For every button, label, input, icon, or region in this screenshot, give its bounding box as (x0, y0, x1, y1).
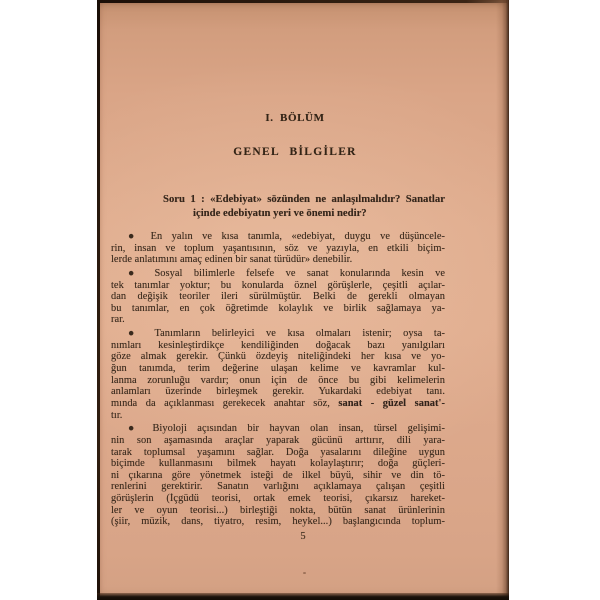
body-line: nımları kesinleştirdikçe kendiliğinden d… (111, 340, 445, 352)
book-page-scan: I. BÖLÜM GENEL BİLGİLER Soru 1 : «Edebiy… (97, 0, 509, 600)
body-line: anlamları üzerinde birleşmek gerekir. Yu… (111, 386, 445, 398)
question-line-1: Soru 1 : «Edebiyat» sözünden ne anlaşılm… (163, 192, 445, 206)
body-line: ● Tanımların belirleyici ve kısa olmalar… (111, 328, 445, 340)
body-line-with-bold: mında da açıklanması gerekecek anahtar s… (111, 398, 445, 410)
chapter-title: I. BÖLÜM (128, 112, 462, 124)
body-line: (şiir, müzik, dans, tiyatro, resim, heyk… (111, 516, 445, 528)
body-line: nin son aşamasında araçlar yaparak gücün… (111, 435, 445, 447)
answer-paragraph-4: ● Biyoloji açısından bir hayvan olan ins… (111, 423, 445, 528)
body-line: ● Biyoloji açısından bir hayvan olan ins… (111, 423, 445, 435)
body-line: ● Sosyal bilimlerle felsefe ve sanat kon… (111, 268, 445, 280)
body-line: lerde anlatımını amaç edinen bir sanat t… (111, 254, 445, 266)
body-line: ğun tanımda, terim değerine ulaşan kelim… (111, 363, 445, 375)
question-line-2: içinde edebiyatın yeri ve önemi nedir? (193, 206, 445, 220)
body-line-normal-segment: mında da açıklanması gerekecek anahtar s… (111, 398, 338, 409)
body-line: renlerini gerektirir. Sanatın varlığını … (111, 481, 445, 493)
body-line: ler ve oyun teorisi...) birleştiği nokta… (111, 505, 445, 517)
page-number: 5 (136, 531, 470, 542)
body-line: ● En yalın ve kısa tanımla, «edebiyat, d… (111, 231, 445, 243)
page-edge-right-shadow (496, 0, 509, 600)
body-line: tarak toplumsal yaşamını sağlar. Doğa ya… (111, 447, 445, 459)
body-line: biçimde kullanmasını bilmek hayatı kolay… (111, 458, 445, 470)
body-line: bu tanımlar, en çok öğretimde kolaylık v… (111, 303, 445, 315)
answer-text: ● En yalın ve kısa tanımla, «edebiyat, d… (111, 231, 445, 528)
body-line: rin, insan ve toplum yaşantısının, söz v… (111, 243, 445, 255)
body-line: ni çıkarına göre yönetmek isteği de ilke… (111, 470, 445, 482)
section-title: GENEL BİLGİLER (128, 146, 462, 158)
body-line: rar. (111, 314, 445, 326)
answer-paragraph-3: ● Tanımların belirleyici ve kısa olmalar… (111, 328, 445, 421)
body-line: tek tanımlar yoktur; bu konularda öznel … (111, 280, 445, 292)
page-edge-top (97, 0, 507, 3)
body-line: lanma zorunluğu vardır; onun için de önc… (111, 375, 445, 387)
answer-paragraph-2: ● Sosyal bilimlerle felsefe ve sanat kon… (111, 268, 445, 326)
page-content: I. BÖLÜM GENEL BİLGİLER Soru 1 : «Edebiy… (111, 0, 445, 600)
answer-paragraph-1: ● En yalın ve kısa tanımla, «edebiyat, d… (111, 231, 445, 266)
body-line: görüşlerin (İçgüdü teorisi, ortak emek t… (111, 493, 445, 505)
body-line: dan değişik teoriler ileri sürülmüştür. … (111, 291, 445, 303)
page-edge-left (97, 0, 100, 600)
body-line: tır. (111, 410, 445, 422)
question-block: Soru 1 : «Edebiyat» sözünden ne anlaşılm… (163, 192, 445, 220)
page-edge-bottom (97, 593, 509, 600)
body-line-bold-segment: sanat - güzel sanat'- (338, 398, 445, 409)
body-line: göze almak gerekir. Çünkü özdeyiş niteli… (111, 351, 445, 363)
